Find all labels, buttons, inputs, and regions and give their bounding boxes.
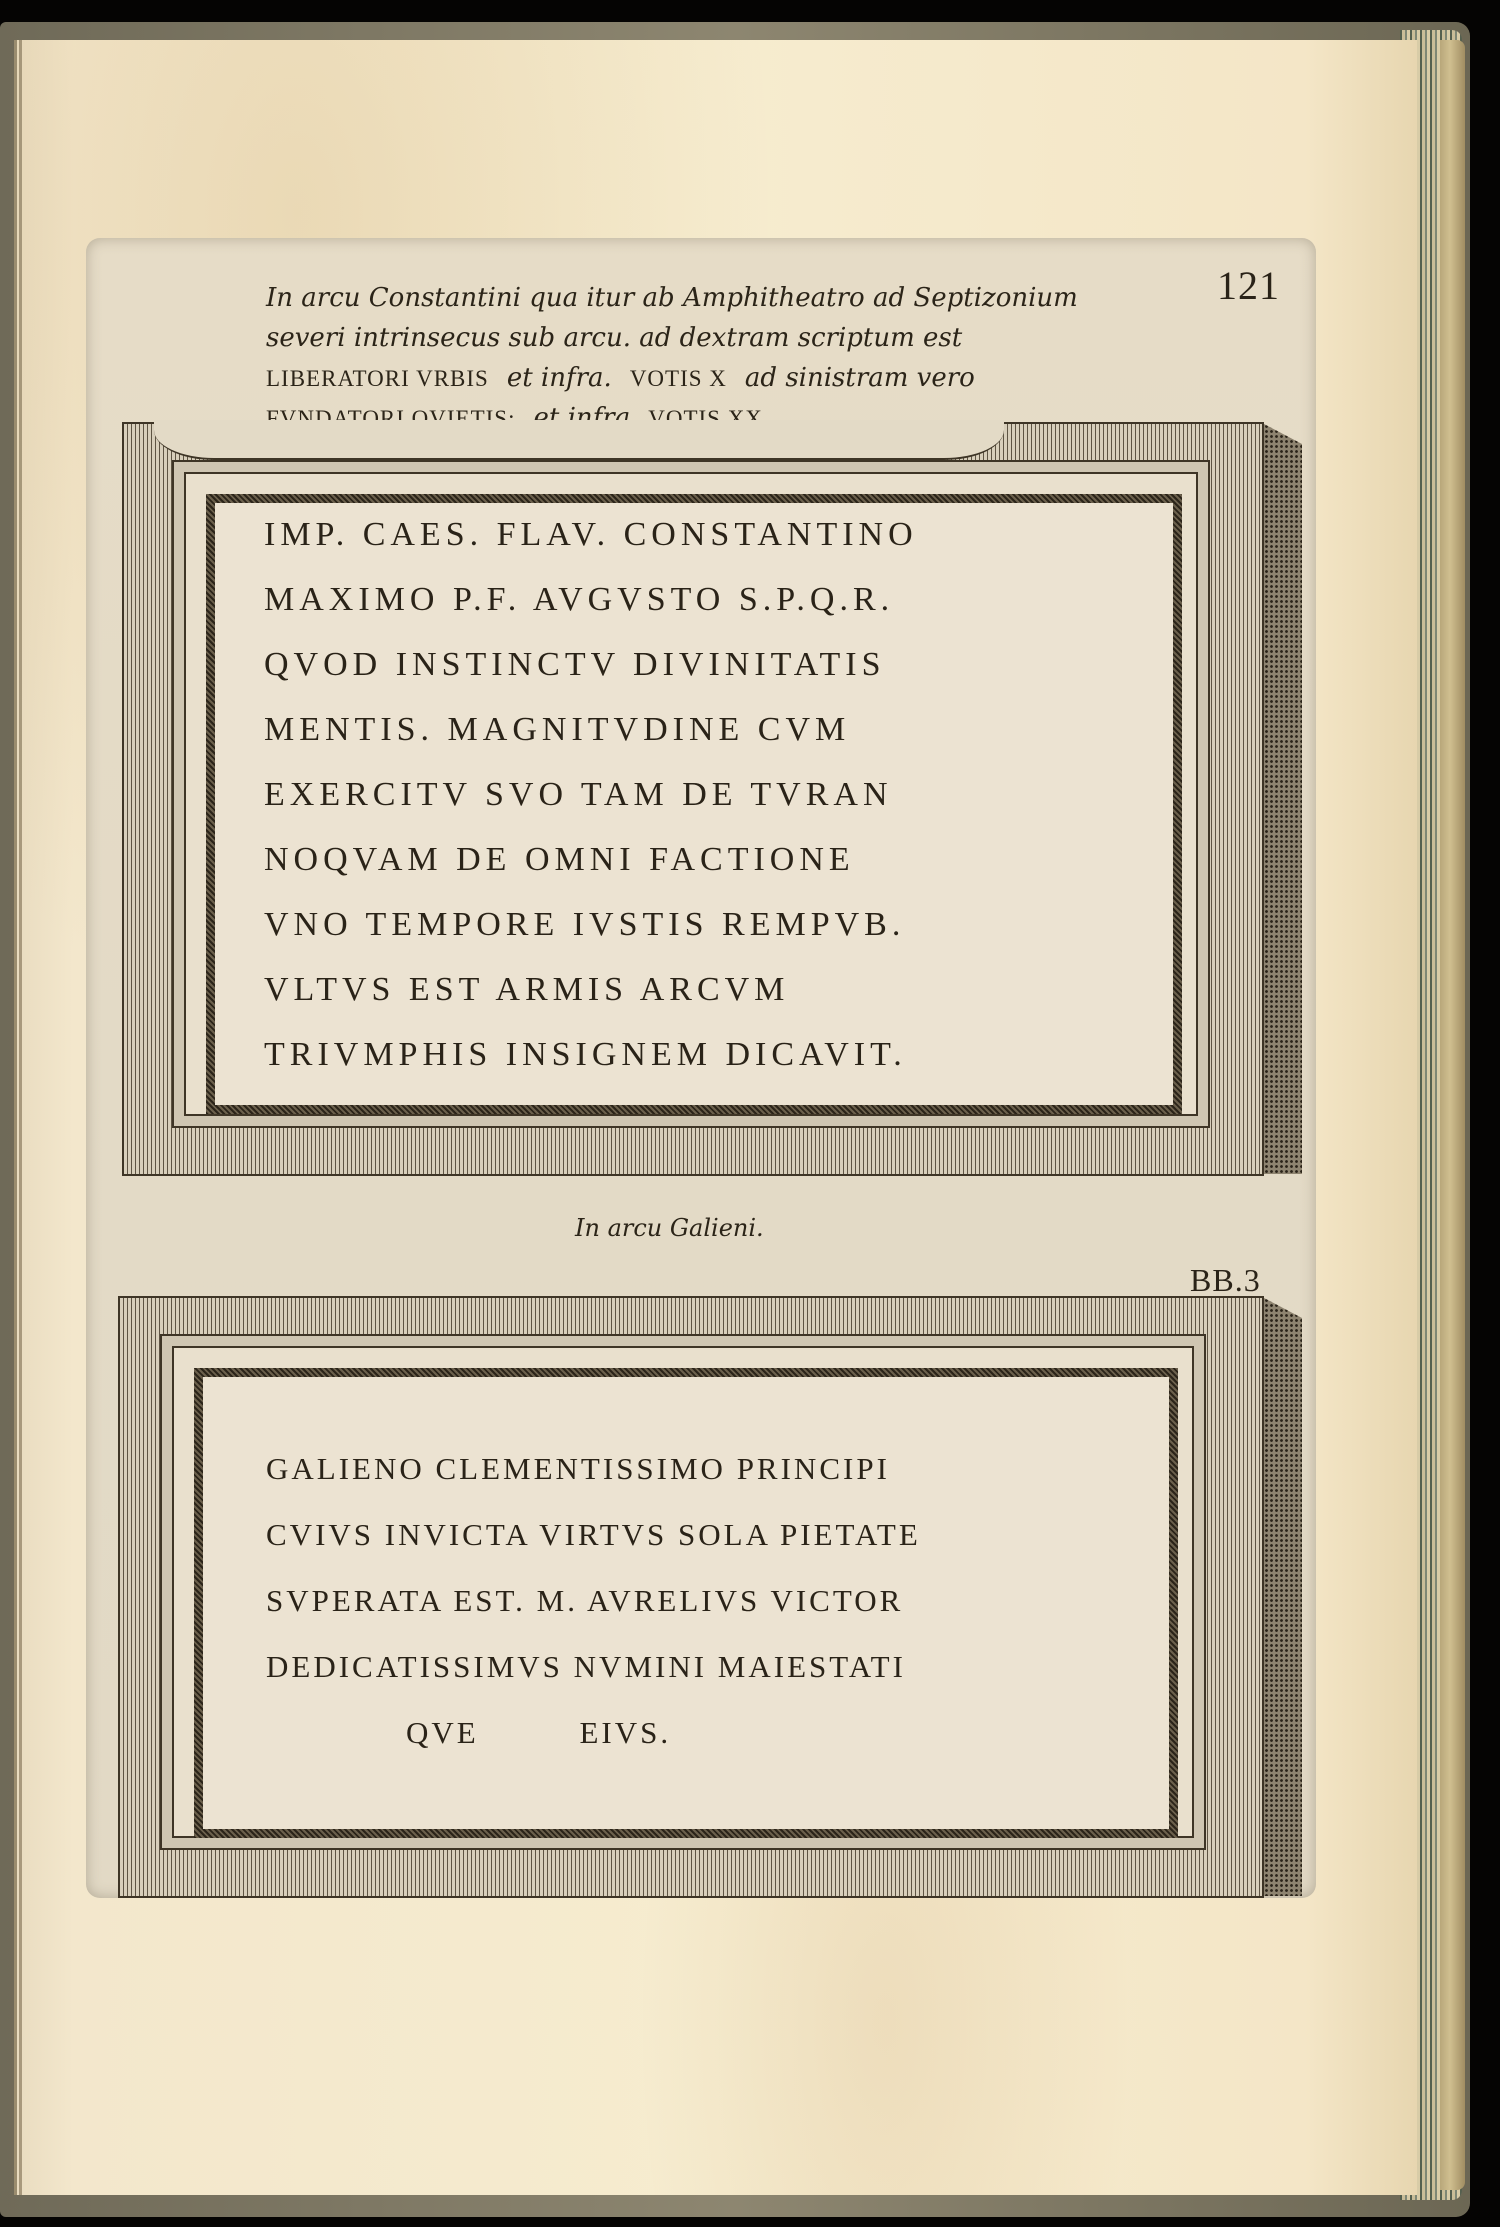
gallienus-inscription: GALIENO CLEMENTISSIMO PRINCIPI CVIVS INV… (266, 1436, 921, 1766)
inscription-line: TRIVMPHIS INSIGNEM DICAVIT. (264, 1022, 918, 1087)
inscription-line: MENTIS. MAGNITVDINE CVM (264, 697, 918, 762)
inscription-line: EXERCITV SVO TAM DE TVRAN (264, 762, 918, 827)
signature-mark: BB.3 (1190, 1262, 1261, 1299)
inscription-line: MAXIMO P.F. AVGVSTO S.P.Q.R. (264, 567, 918, 632)
caption-line-1: In arcu Constantini qua itur ab Amphithe… (266, 278, 1286, 318)
inscription-line: SVPERATA EST. M. AVRELIVS VICTOR (266, 1568, 921, 1634)
gutter (19, 40, 22, 2195)
frame-shading (1264, 424, 1302, 1174)
inscription-line: QVE EIVS. (266, 1700, 921, 1766)
inscription-line: CVIVS INVICTA VIRTVS SOLA PIETATE (266, 1502, 921, 1568)
inscription-line: IMP. CAES. FLAV. CONSTANTINO (264, 502, 918, 567)
inscription-line: VLTVS EST ARMIS ARCVM (264, 957, 918, 1022)
caption-italic: et infra. (507, 363, 612, 393)
inscription-line: DEDICATISSIMVS NVMINI MAIESTATI (266, 1634, 921, 1700)
caption-line-3: LIBERATORI VRBISet infra.VOTIS Xad sinis… (266, 358, 1286, 398)
gallienus-caption: In arcu Galieni. (575, 1214, 764, 1242)
constantine-inscription: IMP. CAES. FLAV. CONSTANTINO MAXIMO P.F.… (264, 502, 918, 1087)
caption-line-2: severi intrinsecus sub arcu. ad dextram … (266, 318, 1286, 358)
frame-broken-edge (154, 420, 1004, 460)
caption-italic: ad sinistram vero (745, 363, 975, 393)
caption-caps: LIBERATORI VRBIS (266, 366, 489, 391)
frame-shading (1264, 1298, 1302, 1896)
inscription-line: NOQVAM DE OMNI FACTIONE (264, 827, 918, 892)
inscription-line: GALIENO CLEMENTISSIMO PRINCIPI (266, 1436, 921, 1502)
caption-caps: VOTIS X (630, 366, 727, 391)
header-caption: In arcu Constantini qua itur ab Amphithe… (266, 278, 1286, 438)
fore-edge (1440, 40, 1465, 2190)
inscription-line: QVOD INSTINCTV DIVINITATIS (264, 632, 918, 697)
inscription-line: VNO TEMPORE IVSTIS REMPVB. (264, 892, 918, 957)
